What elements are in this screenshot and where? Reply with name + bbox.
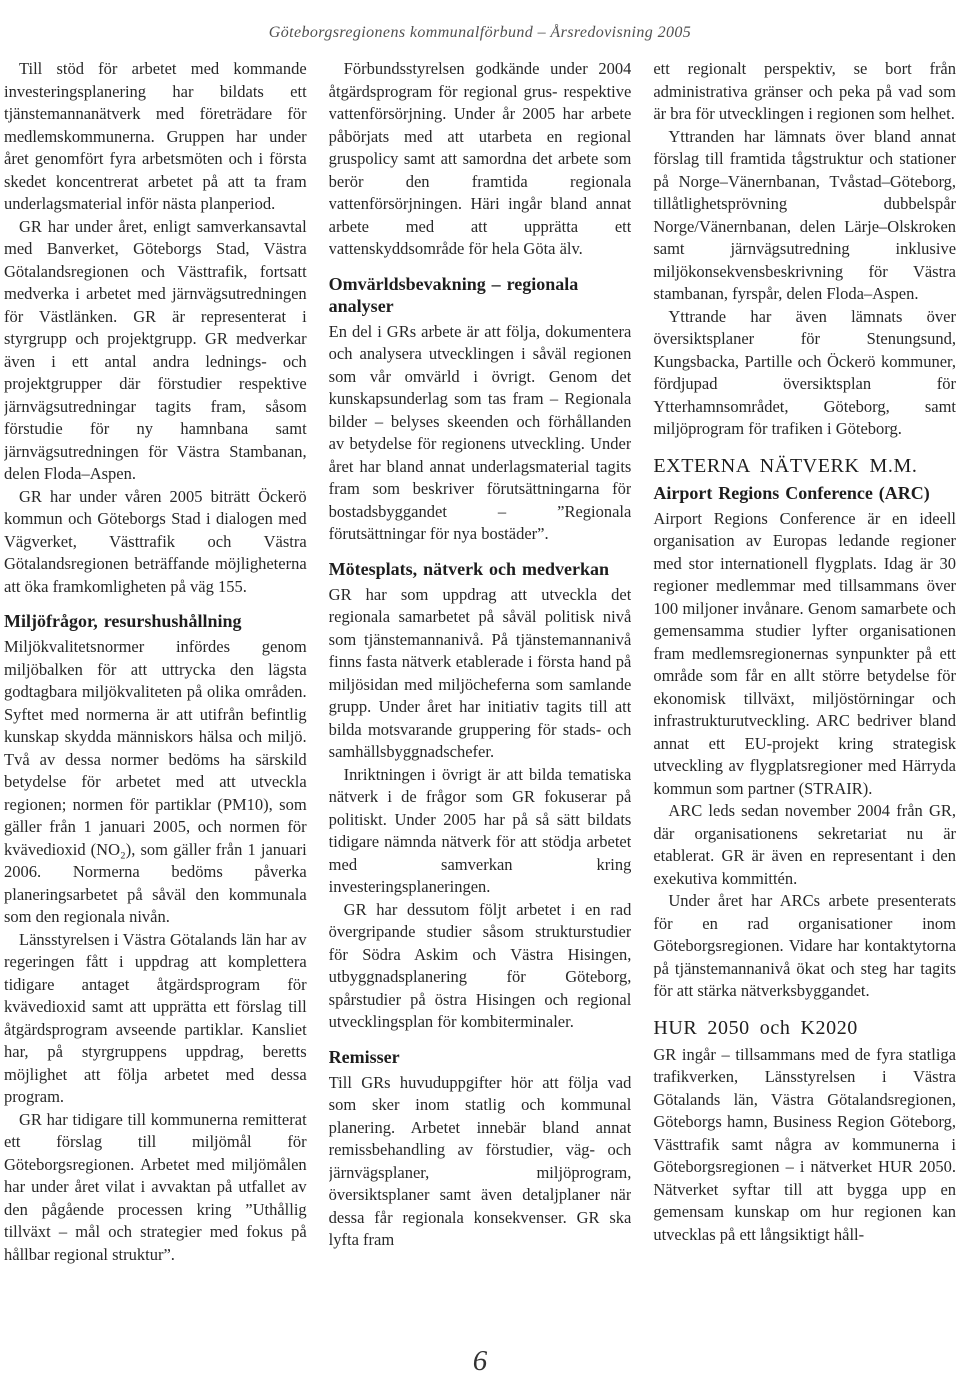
paragraph: GR har som uppdrag att utveckla det regi… (329, 584, 632, 764)
sub-heading: Mötesplats, nätverk och medverkan (329, 558, 632, 580)
paragraph: Länsstyrelsen i Västra Götalands län har… (4, 929, 307, 1109)
paragraph: ARC leds sedan november 2004 från GR, dä… (653, 800, 956, 890)
text-column: Till stöd för arbetet med kommande inves… (4, 58, 307, 1288)
paragraph: Yttranden har lämnats över bland annat f… (653, 126, 956, 306)
paragraph: GR har under året, enligt samverkansavta… (4, 216, 307, 486)
sub-heading: Remisser (329, 1046, 632, 1068)
paragraph: GR har dessutom följt arbetet i en rad ö… (329, 899, 632, 1034)
paragraph: GR har under våren 2005 biträtt Öckerö k… (4, 486, 307, 599)
paragraph: ett regionalt perspektiv, se bort från a… (653, 58, 956, 126)
text-column: Förbundsstyrelsen godkände under 2004 åt… (329, 58, 632, 1288)
paragraph: Yttrande har även lämnats över översikts… (653, 306, 956, 441)
running-header-title: Göteborgsregionens kommunalförbund – Års… (269, 24, 691, 41)
page-footer: 6 (0, 1345, 960, 1378)
paragraph: Inriktningen i övrigt är att bilda temat… (329, 764, 632, 899)
paragraph: Förbundsstyrelsen godkände under 2004 åt… (329, 58, 632, 261)
section-heading: EXTERNA NÄTVERK M.M. (653, 454, 956, 478)
sub-heading: Miljöfrågor, resurshushållning (4, 610, 307, 632)
paragraph: Miljökvalitetsnormer infördes genom milj… (4, 636, 307, 929)
section-heading: HUR 2050 och K2020 (653, 1016, 956, 1040)
paragraph: En del i GRs arbete är att följa, dokume… (329, 321, 632, 546)
sub-heading: Airport Regions Conference (ARC) (653, 482, 956, 504)
text-column: ett regionalt perspektiv, se bort från a… (653, 58, 956, 1288)
paragraph: Till stöd för arbetet med kommande inves… (4, 58, 307, 216)
page-body: Till stöd för arbetet med kommande inves… (0, 42, 960, 1288)
paragraph: Airport Regions Conference är en ideell … (653, 508, 956, 801)
paragraph: Under året har ARCs arbete presenterats … (653, 890, 956, 1003)
sub-heading: Omvärldsbevakning – regionala analyser (329, 273, 632, 317)
page-header: Göteborgsregionens kommunalförbund – Års… (0, 0, 960, 42)
paragraph: GR ingår – tillsammans med de fyra statl… (653, 1044, 956, 1247)
paragraph: Till GRs huvuduppgifter hör att följa va… (329, 1072, 632, 1252)
paragraph: GR har tidigare till kommunerna remitter… (4, 1109, 307, 1267)
document-page: Göteborgsregionens kommunalförbund – Års… (0, 0, 960, 1388)
page-number: 6 (473, 1345, 488, 1377)
